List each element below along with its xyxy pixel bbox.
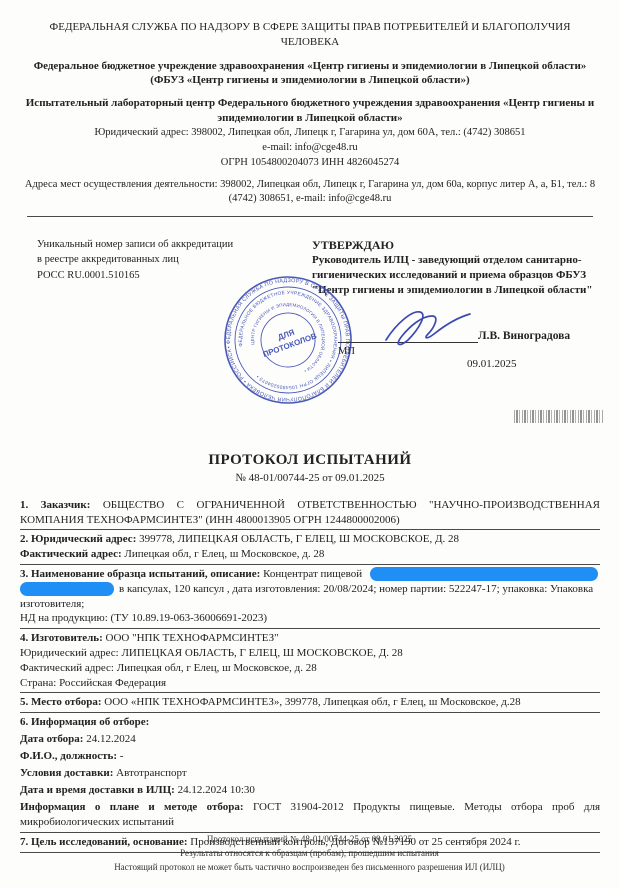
section-customer-value: ОБЩЕСТВО С ОГРАНИЧЕННОЙ ОТВЕТСТВЕННОСТЬЮ… xyxy=(20,499,600,526)
mp-seal-mark: МП xyxy=(338,346,355,357)
footer-results-note: Результаты относятся к образцам (пробам)… xyxy=(0,847,619,861)
approval-block: УТВЕРЖДАЮ Руководитель ИЛЦ - заведующий … xyxy=(312,237,600,298)
activity-addresses: Адреса мест осуществления деятельности: … xyxy=(20,178,600,206)
document-body: 1. Заказчик: ОБЩЕСТВО С ОГРАНИЧЕННОЙ ОТВ… xyxy=(20,498,600,853)
testing-lab-center-name: Испытательный лабораторный центр Федерал… xyxy=(20,96,600,125)
redaction-bar xyxy=(370,567,598,581)
accreditation-line2: в реестре аккредитованных лиц xyxy=(37,252,267,267)
footer-reproduction-note: Настоящий протокол не может быть частичн… xyxy=(0,861,619,875)
legal-address-label: 2. Юридический адрес: xyxy=(20,533,136,545)
manufacturer-actual-address: Фактический адрес: Липецкая обл, г Елец,… xyxy=(20,661,600,676)
federal-service-name: ФЕДЕРАЛЬНАЯ СЛУЖБА ПО НАДЗОРУ В СФЕРЕ ЗА… xyxy=(20,20,600,50)
manufacturer-country: Страна: Российская Федерация xyxy=(20,676,600,691)
section-divider xyxy=(20,712,600,713)
section-divider xyxy=(20,529,600,530)
sampler-name-row: Ф.И.О., должность: - xyxy=(20,749,600,764)
stamp-middle-ring-text: ФЕДЕРАЛЬНОЕ БЮДЖЕТНОЕ УЧРЕЖДЕНИЕ ЗДРАВОО… xyxy=(231,283,344,396)
document-content: ФЕДЕРАЛЬНАЯ СЛУЖБА ПО НАДЗОРУ В СФЕРЕ ЗА… xyxy=(20,0,600,855)
sampling-place-label: 5. Место отбора: xyxy=(20,696,102,708)
approver-position: Руководитель ИЛЦ - заведующий отделом са… xyxy=(312,253,597,298)
sampling-place-value: ООО «НПК ТЕХНОФАРМСИНТЕЗ», 399778, Липец… xyxy=(104,696,520,708)
sample-description-value: в капсулах, 120 капсул , дата изготовлен… xyxy=(119,582,593,597)
sampling-date-row: Дата отбора: 24.12.2024 xyxy=(20,732,600,747)
sampling-date-label: Дата отбора: xyxy=(20,733,83,745)
ogrn-inn: ОГРН 1054800204073 ИНН 4826045274 xyxy=(20,156,600,170)
section-divider xyxy=(20,628,600,629)
sample-name-label: 3. Наименование образца испытаний, описа… xyxy=(20,567,260,582)
handwritten-signature xyxy=(382,306,474,352)
email: e-mail: info@cge48.ru xyxy=(20,141,600,155)
delivery-datetime-row: Дата и время доставки в ИЛЦ: 24.12.2024 … xyxy=(20,783,600,798)
manufacturer-label: 4. Изготовитель: xyxy=(20,632,103,644)
section-manufacturer: 4. Изготовитель: ООО "НПК ТЕХНОФАРМСИНТЕ… xyxy=(20,631,600,646)
approval-date: 09.01.2025 xyxy=(467,358,517,370)
sample-name-value: Концентрат пищевой xyxy=(263,567,362,582)
svg-text:ФЕДЕРАЛЬНОЕ БЮДЖЕТНОЕ УЧРЕЖДЕН: ФЕДЕРАЛЬНОЕ БЮДЖЕТНОЕ УЧРЕЖДЕНИЕ ЗДРАВОО… xyxy=(231,283,344,396)
redaction-bar xyxy=(20,582,114,596)
accreditation-line1: Уникальный номер записи об аккредитации xyxy=(37,237,267,252)
manufacturer-value: ООО "НПК ТЕХНОФАРМСИНТЕЗ" xyxy=(106,632,279,644)
section-legal-address: 2. Юридический адрес: 399778, ЛИПЕЦКАЯ О… xyxy=(20,532,600,547)
footer-protocol-number: Протокол испытаний № 48-01/00744-25 от 0… xyxy=(0,833,619,847)
section-actual-address: Фактический адрес: Липецкая обл, г Елец,… xyxy=(20,547,600,562)
page-footer: Протокол испытаний № 48-01/00744-25 от 0… xyxy=(0,833,619,875)
sample-name-line2: в капсулах, 120 капсул , дата изготовлен… xyxy=(20,582,600,597)
sampler-name-value: - xyxy=(120,750,124,762)
barcode xyxy=(514,410,604,423)
header-divider xyxy=(27,216,593,217)
delivery-datetime-value: 24.12.2024 10:30 xyxy=(178,784,255,796)
sampler-name-label: Ф.И.О., должность: xyxy=(20,750,117,762)
protocol-document-page: ФЕДЕРАЛЬНАЯ СЛУЖБА ПО НАДЗОРУ В СФЕРЕ ЗА… xyxy=(0,0,619,888)
actual-address-value: Липецкая обл, г Елец, ш Московское, д. 2… xyxy=(124,548,324,560)
section-sampling-info-label: 6. Информация об отборе: xyxy=(20,715,600,730)
section-customer-label: 1. Заказчик: xyxy=(20,499,90,511)
sample-name-line1: 3. Наименование образца испытаний, описа… xyxy=(20,567,600,582)
delivery-conditions-row: Условия доставки: Автотранспорт xyxy=(20,766,600,781)
document-number: № 48-01/00744-25 от 09.01.2025 xyxy=(20,472,600,484)
section-customer: 1. Заказчик: ОБЩЕСТВО С ОГРАНИЧЕННОЙ ОТВ… xyxy=(20,498,600,528)
signer-name: Л.В. Виноградова xyxy=(478,330,570,342)
section-divider xyxy=(20,692,600,693)
organization-name: Федеральное бюджетное учреждение здравоо… xyxy=(20,59,600,88)
approval-title: УТВЕРЖДАЮ xyxy=(312,237,597,253)
round-stamp-icon: • ФЕДЕРАЛЬНАЯ СЛУЖБА ПО НАДЗОРУ В СФЕРЕ … xyxy=(222,274,354,406)
manufacturer-legal-address: Юридический адрес: ЛИПЕЦКАЯ ОБЛАСТЬ, Г Е… xyxy=(20,646,600,661)
section-sampling-place: 5. Место отбора: ООО «НПК ТЕХНОФАРМСИНТЕ… xyxy=(20,695,600,710)
delivery-conditions-value: Автотранспорт xyxy=(116,767,187,779)
seal-signature-zone: • ФЕДЕРАЛЬНАЯ СЛУЖБА ПО НАДЗОРУ В СФЕРЕ … xyxy=(20,298,600,448)
sampling-method-label: Информация о плане и методе отбора: xyxy=(20,801,244,813)
delivery-datetime-label: Дата и время доставки в ИЛЦ: xyxy=(20,784,175,796)
legal-address: Юридический адрес: 398002, Липецкая обл,… xyxy=(20,126,600,140)
document-title: ПРОТОКОЛ ИСПЫТАНИЙ xyxy=(20,452,600,469)
section-divider xyxy=(20,564,600,565)
legal-address-value: 399778, ЛИПЕЦКАЯ ОБЛАСТЬ, Г ЕЛЕЦ, Ш МОСК… xyxy=(139,533,459,545)
sampling-method-row: Информация о плане и методе отбора: ГОСТ… xyxy=(20,800,600,830)
sampling-date-value: 24.12.2024 xyxy=(86,733,136,745)
actual-address-label: Фактический адрес: xyxy=(20,548,122,560)
delivery-conditions-label: Условия доставки: xyxy=(20,767,113,779)
sample-name-line3: изготовителя; xyxy=(20,597,600,612)
sample-nd-line: НД на продукцию: (ТУ 10.89.19-063-360066… xyxy=(20,611,600,626)
